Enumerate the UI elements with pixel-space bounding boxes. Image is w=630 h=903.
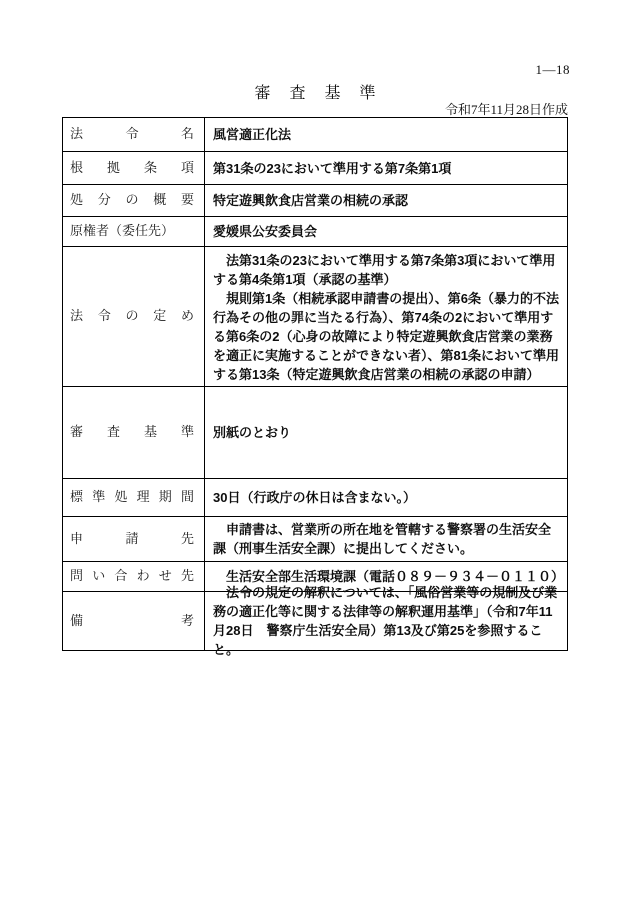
row-value-text: 申請書は、営業所の所在地を管轄する警察署の生活安全課（刑事生活安全課）に提出して… xyxy=(213,520,559,558)
table-row-disposition-summary: 処分の概要 特定遊興飲食店営業の相続の承認 xyxy=(63,185,567,217)
row-value-text: 風営適正化法 xyxy=(213,125,559,144)
row-value-text: 30日（行政庁の休日は含まない。） xyxy=(213,488,559,507)
table-row-original-authority: 原権者（委任先） 愛媛県公安委員会 xyxy=(63,217,567,247)
row-label-text: 標準処理期間 xyxy=(70,489,194,506)
row-label-application-destination: 申請先 xyxy=(63,517,205,561)
row-value-legal-provisions: 法第31条の23において準用する第7条第3項において準用する第4条第1項（承認の… xyxy=(205,247,567,386)
table-row-legal-provisions: 法令の定め 法第31条の23において準用する第7条第3項において準用する第4条第… xyxy=(63,247,567,387)
creation-date: 令和7年11月28日作成 xyxy=(445,99,568,118)
row-label-contact: 問い合わせ先 xyxy=(63,562,205,591)
table-row-remarks: 備考 法令の規定の解釈については、「風俗営業等の規制及び業務の適正化等に関する法… xyxy=(63,592,567,650)
row-value-text: 愛媛県公安委員会 xyxy=(213,222,559,241)
row-label-law-name: 法令名 xyxy=(63,118,205,151)
row-label-text: 法令名 xyxy=(70,126,194,143)
row-value-text: 特定遊興飲食店営業の相続の承認 xyxy=(213,191,559,210)
table-row-application-destination: 申請先 申請書は、営業所の所在地を管轄する警察署の生活安全課（刑事生活安全課）に… xyxy=(63,517,567,562)
row-value-law-name: 風営適正化法 xyxy=(205,118,567,151)
row-label-remarks: 備考 xyxy=(63,592,205,650)
row-label-legal-basis: 根拠条項 xyxy=(63,152,205,184)
row-label-text: 備考 xyxy=(70,613,194,630)
row-label-text: 申請先 xyxy=(70,531,194,548)
row-value-remarks: 法令の規定の解釈については、「風俗営業等の規制及び業務の適正化等に関する法律等の… xyxy=(205,592,567,650)
row-label-text: 法令の定め xyxy=(70,308,194,325)
review-standards-table: 法令名 風営適正化法 根拠条項 第31条の23において準用する第7条第1項 処分… xyxy=(62,117,568,651)
row-value-standard-processing-period: 30日（行政庁の休日は含まない。） xyxy=(205,479,567,516)
table-row-law-name: 法令名 風営適正化法 xyxy=(63,118,567,152)
table-row-legal-basis: 根拠条項 第31条の23において準用する第7条第1項 xyxy=(63,152,567,185)
row-value-text: 別紙のとおり xyxy=(213,423,559,442)
row-value-disposition-summary: 特定遊興飲食店営業の相続の承認 xyxy=(205,185,567,216)
row-value-text: 法令の規定の解釈については、「風俗営業等の規制及び業務の適正化等に関する法律等の… xyxy=(213,583,559,659)
row-value-text: 第31条の23において準用する第7条第1項 xyxy=(213,159,559,178)
row-value-original-authority: 愛媛県公安委員会 xyxy=(205,217,567,246)
legal-provisions-paragraph-2: 規則第1条（相続承認申請書の提出）、第6条（暴力的不法行為その他の罪に当たる行為… xyxy=(213,289,559,384)
row-label-review-standards: 審査基準 xyxy=(63,387,205,478)
row-label-legal-provisions: 法令の定め xyxy=(63,247,205,386)
row-label-text: 審査基準 xyxy=(70,424,194,441)
row-label-original-authority: 原権者（委任先） xyxy=(63,217,205,246)
legal-provisions-paragraph-1: 法第31条の23において準用する第7条第3項において準用する第4条第1項（承認の… xyxy=(213,251,559,289)
row-label-text: 処分の概要 xyxy=(70,192,194,209)
table-row-standard-processing-period: 標準処理期間 30日（行政庁の休日は含まない。） xyxy=(63,479,567,517)
row-label-disposition-summary: 処分の概要 xyxy=(63,185,205,216)
row-label-standard-processing-period: 標準処理期間 xyxy=(63,479,205,516)
page-number: 1—18 xyxy=(536,62,571,78)
row-label-text: 原権者（委任先） xyxy=(70,223,194,240)
document-page: 1—18 審査基準 令和7年11月28日作成 法令名 風営適正化法 根拠条項 第… xyxy=(0,0,630,903)
table-row-review-standards: 審査基準 別紙のとおり xyxy=(63,387,567,479)
row-value-legal-basis: 第31条の23において準用する第7条第1項 xyxy=(205,152,567,184)
row-value-review-standards: 別紙のとおり xyxy=(205,387,567,478)
row-label-text: 問い合わせ先 xyxy=(70,568,194,585)
row-value-application-destination: 申請書は、営業所の所在地を管轄する警察署の生活安全課（刑事生活安全課）に提出して… xyxy=(205,517,567,561)
row-label-text: 根拠条項 xyxy=(70,160,194,177)
